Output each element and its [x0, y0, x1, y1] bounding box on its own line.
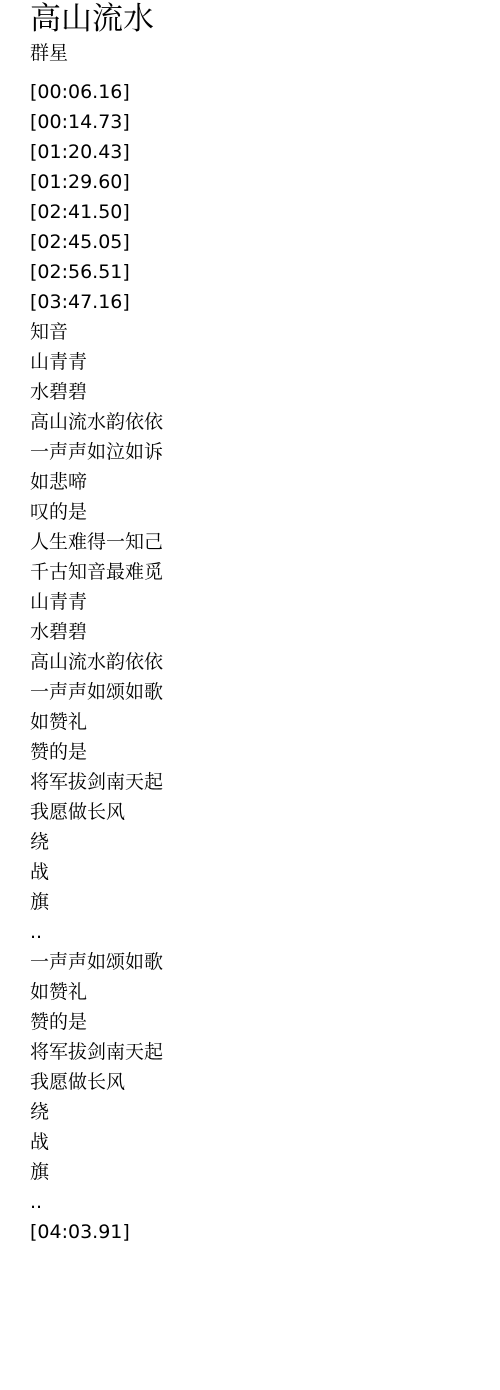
lyric-line: 赞的是	[30, 737, 163, 767]
lyrics-list: [00:06.16] [00:14.73] [01:20.43] [01:29.…	[30, 77, 163, 1247]
lyric-line: 如赞礼	[30, 707, 163, 737]
lyric-line: ..	[30, 917, 163, 947]
lyric-line: 山青青	[30, 587, 163, 617]
lyric-line: 战	[30, 1127, 163, 1157]
lyric-line: 一声声如泣如诉	[30, 437, 163, 467]
lyric-line: [03:47.16]	[30, 287, 163, 317]
lyric-line: 将军拔剑南天起	[30, 767, 163, 797]
lyric-line: 水碧碧	[30, 617, 163, 647]
lyric-line: 叹的是	[30, 497, 163, 527]
lyric-line: 千古知音最难觅	[30, 557, 163, 587]
lyric-line: 我愿做长风	[30, 797, 163, 827]
lyric-line: 赞的是	[30, 1007, 163, 1037]
lyric-line: 知音	[30, 317, 163, 347]
lyric-line: 如赞礼	[30, 977, 163, 1007]
lyric-line: [00:14.73]	[30, 107, 163, 137]
lyric-line: 绕	[30, 827, 163, 857]
lyric-line: 水碧碧	[30, 377, 163, 407]
lyrics-page: 高山流水 群星 [00:06.16] [00:14.73] [01:20.43]…	[30, 0, 163, 1247]
lyric-line: 旗	[30, 1157, 163, 1187]
lyric-line: 人生难得一知己	[30, 527, 163, 557]
lyric-line: 旗	[30, 887, 163, 917]
lyric-line: [02:41.50]	[30, 197, 163, 227]
lyric-line: 一声声如颂如歌	[30, 947, 163, 977]
artist-name: 群星	[30, 38, 163, 68]
lyric-line: 绕	[30, 1097, 163, 1127]
lyric-line: 高山流水韵依依	[30, 407, 163, 437]
lyric-line: [00:06.16]	[30, 77, 163, 107]
lyric-line: [02:45.05]	[30, 227, 163, 257]
lyric-line: [04:03.91]	[30, 1217, 163, 1247]
lyric-line: 战	[30, 857, 163, 887]
lyric-line: 我愿做长风	[30, 1067, 163, 1097]
song-title: 高山流水	[30, 0, 163, 38]
lyric-line: 山青青	[30, 347, 163, 377]
lyric-line: 高山流水韵依依	[30, 647, 163, 677]
lyric-line: [02:56.51]	[30, 257, 163, 287]
lyric-line: 一声声如颂如歌	[30, 677, 163, 707]
lyric-line: 将军拔剑南天起	[30, 1037, 163, 1067]
lyric-line: 如悲啼	[30, 467, 163, 497]
lyric-line: ..	[30, 1187, 163, 1217]
lyric-line: [01:20.43]	[30, 137, 163, 167]
lyric-line: [01:29.60]	[30, 167, 163, 197]
